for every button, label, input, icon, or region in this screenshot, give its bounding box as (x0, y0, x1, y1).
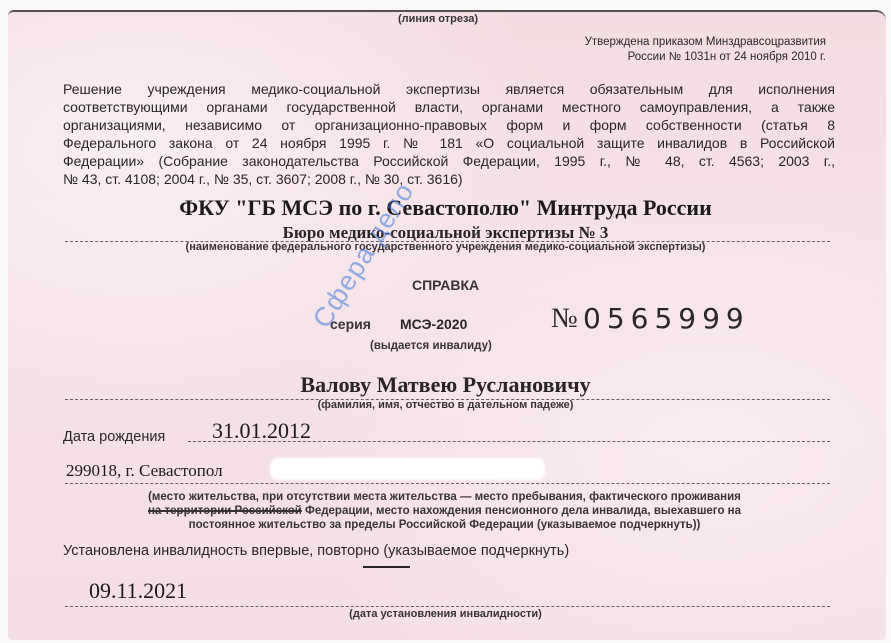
address-caption-line: (место жительства, при отсутствии места … (92, 490, 797, 504)
organization-caption: (наименование федерального государственн… (0, 241, 891, 253)
address-caption: (место жительства, при отсутствии места … (92, 490, 797, 532)
approval-note: Утверждена приказом Минздравсоцразвития … (585, 35, 826, 65)
legal-line: соответствующими органами государственно… (63, 98, 835, 116)
organization-name: ФКУ "ГБ МСЭ по г. Севастополю" Минтруда … (0, 195, 891, 221)
series-value: МСЭ-2020 (400, 316, 467, 332)
cut-line-label: (линия отреза) (398, 13, 478, 25)
legal-line: Федерации» (Собрание законодательства Ро… (63, 152, 835, 170)
number-sign: № (551, 303, 578, 335)
issued-to-caption: (выдается инвалиду) (370, 340, 492, 352)
dob-label: Дата рождения (63, 429, 165, 445)
dob-underline (188, 441, 830, 442)
address-value: 299018, г. Севастопол (66, 461, 223, 481)
legal-line: Федерального закона от 24 ноября 1995 г.… (63, 134, 835, 152)
document-type: СПРАВКА (412, 277, 479, 293)
approval-line-1: Утверждена приказом Минздравсоцразвития (585, 35, 826, 50)
established-date: 09.11.2021 (89, 578, 187, 604)
address-caption-line: на территории Российской Федерации, мест… (92, 504, 797, 518)
bureau-name: Бюро медико-социальной экспертизы № 3 (0, 223, 891, 243)
certificate-number: 0565999 (583, 302, 750, 335)
recipient-caption: (фамилия, имя, отчество в дательном паде… (0, 399, 891, 411)
recipient-name: Валову Матвею Руслановичу (0, 372, 891, 398)
legal-line: Решение учреждения медико-социальной экс… (63, 80, 835, 98)
address-caption-line: постоянное жительство за пределы Российс… (92, 518, 797, 532)
approval-line-2: России № 1031н от 24 ноября 2010 г. (585, 50, 826, 65)
struck-text: на территории Российской (148, 505, 302, 517)
legal-paragraph: Решение учреждения медико-социальной экс… (63, 80, 835, 188)
legal-line: № 43, ст. 4108; 2004 г., № 35, ст. 3607;… (63, 170, 835, 188)
address-redaction (270, 458, 545, 480)
established-date-caption: (дата установления инвалидности) (0, 608, 891, 620)
established-underline-mark (363, 566, 410, 568)
established-date-underline (65, 606, 830, 607)
address-underline (65, 483, 830, 484)
address-caption-rest: Федерации, место нахождения пенсионного … (302, 505, 741, 517)
legal-line: организациями, независимо от организацио… (63, 116, 835, 134)
established-text: Установлена инвалидность впервые, повтор… (63, 543, 569, 559)
